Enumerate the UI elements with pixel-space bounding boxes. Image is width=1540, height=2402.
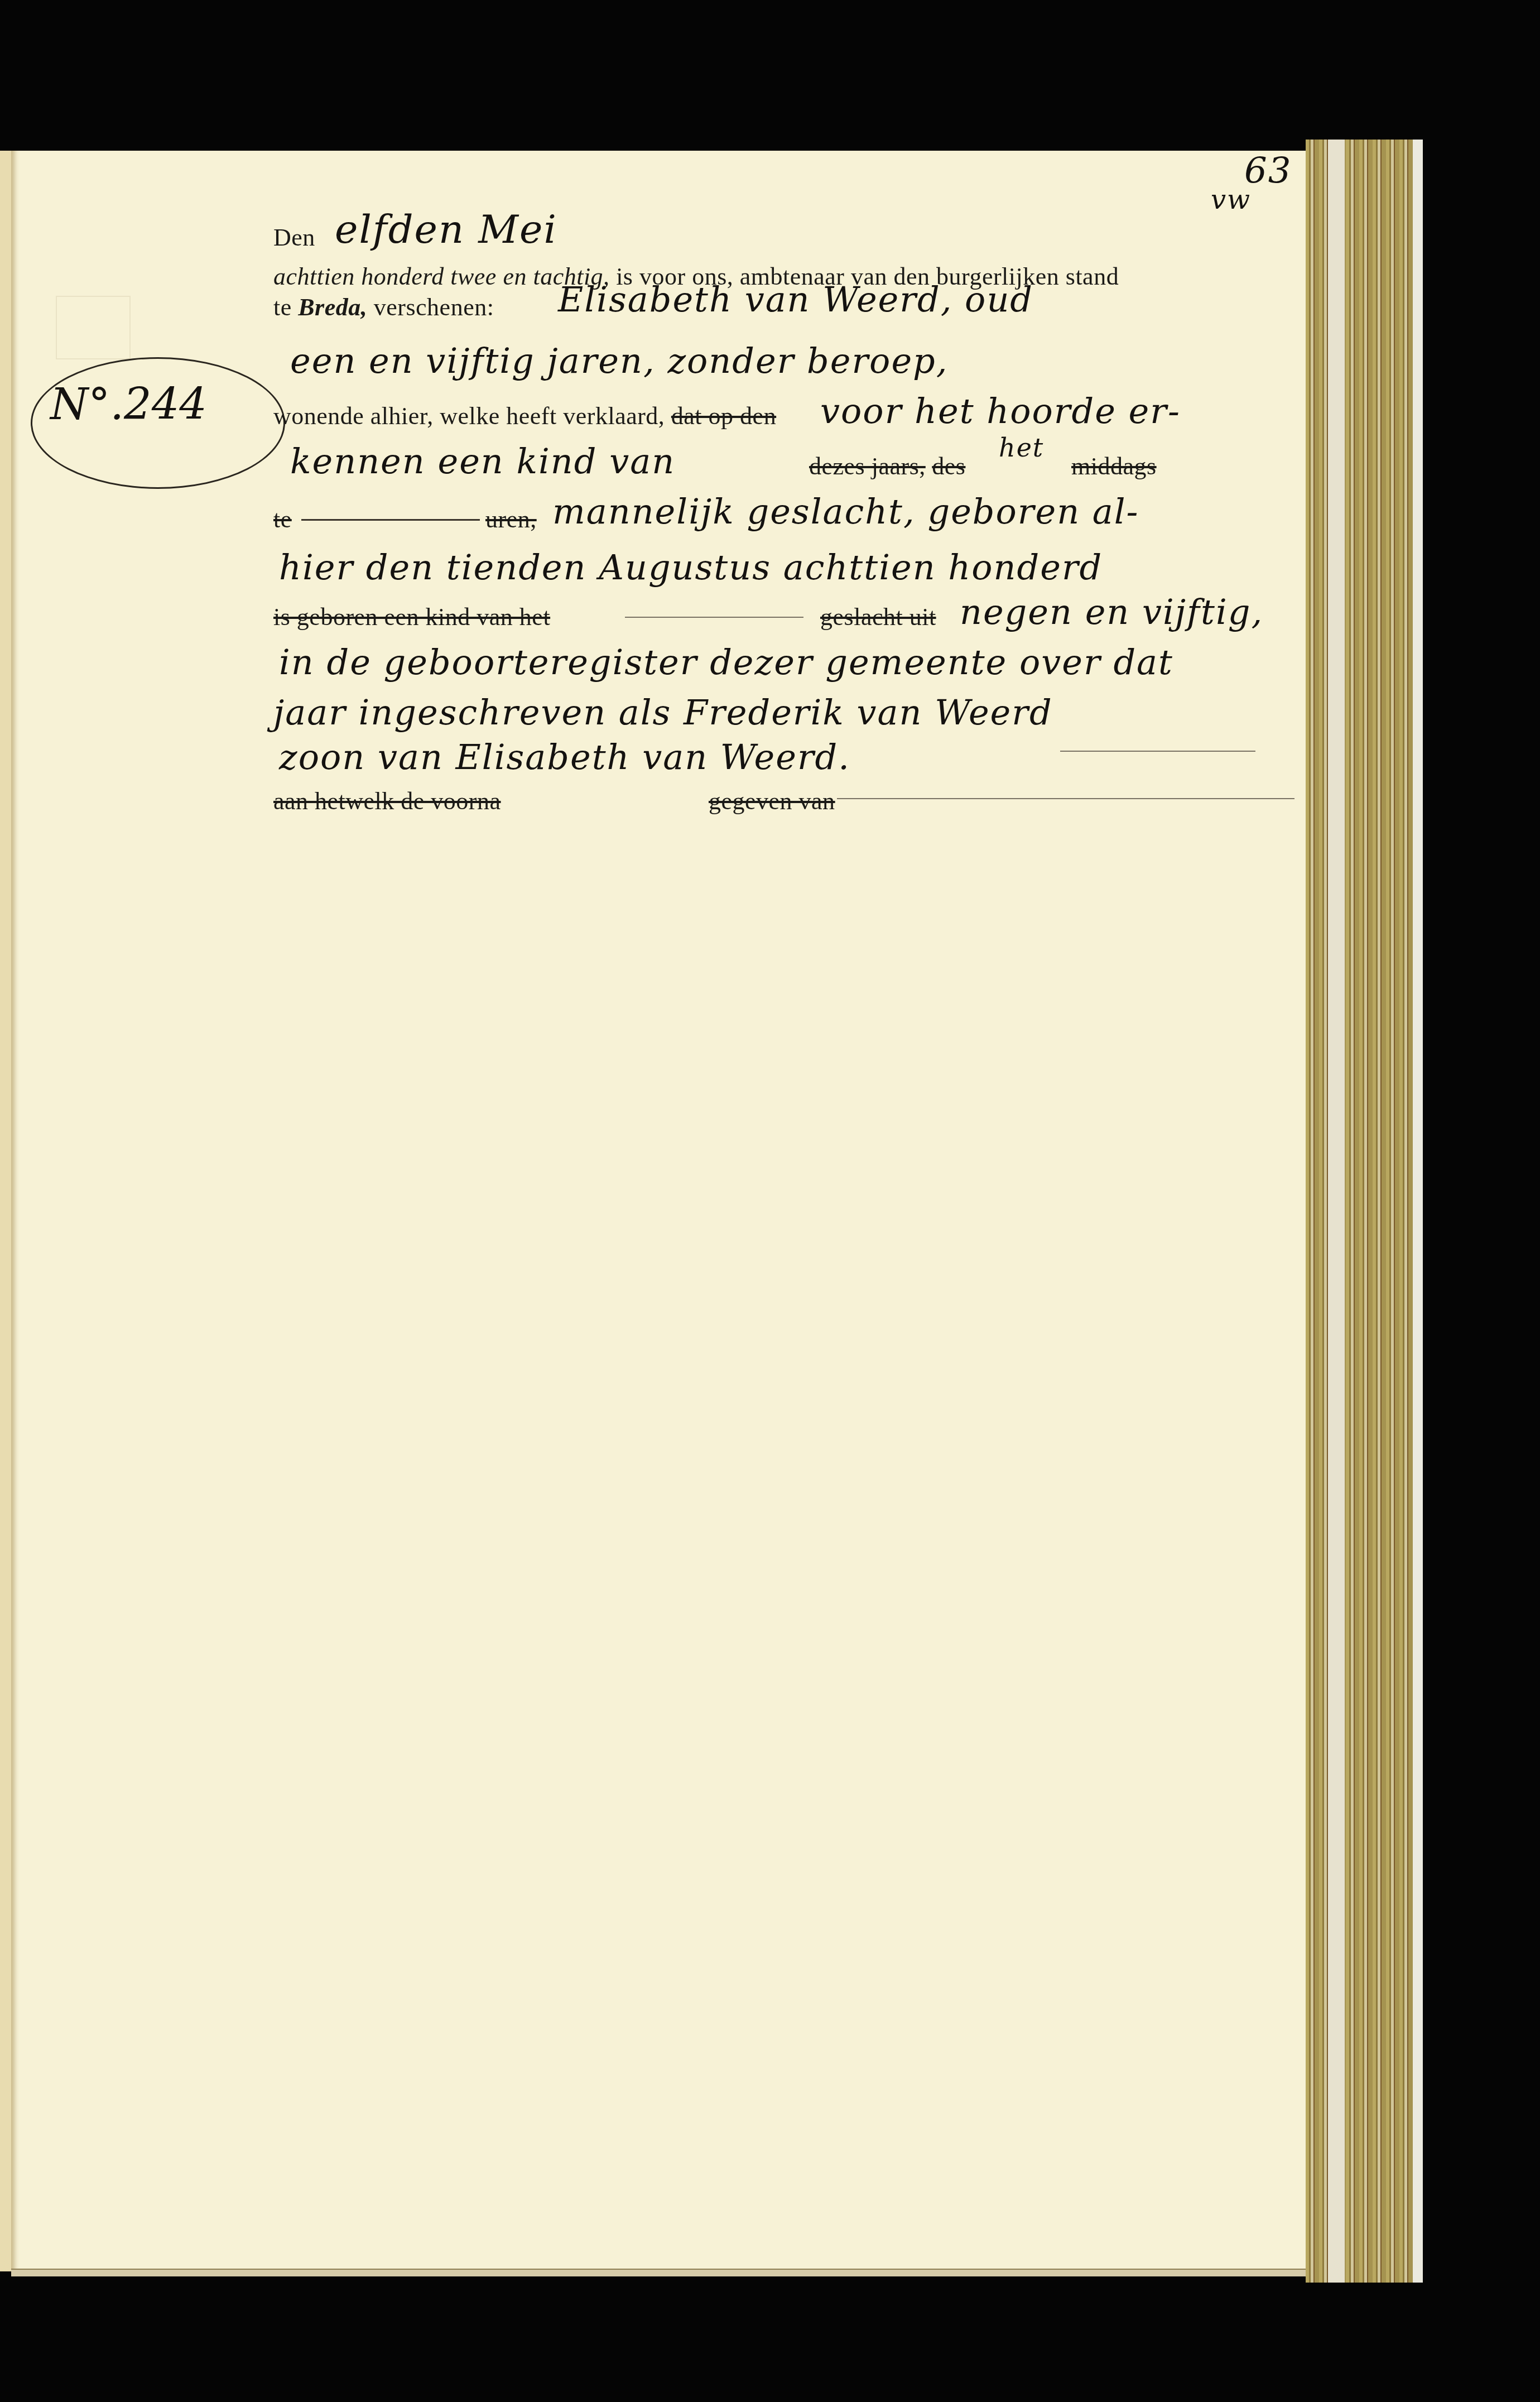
page-bottom-edge <box>11 2269 1306 2276</box>
fill-line <box>837 798 1294 799</box>
printed-wonende: wonende alhier, welke heeft verklaard, <box>273 402 665 430</box>
struck-dat-op-den: dat op den <box>671 402 776 430</box>
page-mark: vw <box>1211 184 1251 215</box>
fill-line <box>1060 751 1255 752</box>
line-zoon: zoon van Elisabeth van Weerd. <box>279 737 850 777</box>
struck-des: des <box>932 453 965 480</box>
struck-fill-line <box>301 519 480 521</box>
struck-geslacht-uit: geslacht uit <box>820 603 936 631</box>
book-fore-edge <box>1306 140 1423 2283</box>
struck-sex-line <box>625 617 803 618</box>
struck-dezes-jaars: dezes jaars, <box>809 453 926 480</box>
line-hier: hier den tienden Augustus achttien honde… <box>279 547 1103 588</box>
line-het: het <box>999 433 1044 463</box>
line-jaar: jaar ingeschreven als Frederik van Weerd <box>273 692 1053 733</box>
line-manlijk: mannelijk geslacht, geboren al- <box>552 491 1139 532</box>
line-register: in de geboorteregister dezer gemeente ov… <box>279 642 1173 683</box>
printed-den: Den <box>273 223 315 252</box>
declarant-line-2: een en vijftig jaren, zonder beroep, <box>290 340 948 381</box>
declarant: Elisabeth van Weerd, oud <box>558 279 1033 320</box>
page-number: 63 <box>1244 151 1292 192</box>
struck-aan-hetwelk: aan hetwelk de voorna <box>273 787 501 815</box>
struck-uren: uren, <box>485 505 537 534</box>
line-wonende: voor het hoorde er- <box>820 391 1181 431</box>
embossed-stamp <box>56 296 131 359</box>
act-number: N°.244 <box>50 379 207 430</box>
struck-is-geboren: is geboren een kind van het <box>273 603 550 631</box>
struck-middags: middags <box>1071 452 1157 481</box>
printed-te: te <box>273 294 292 321</box>
printed-verschenen: verschenen: <box>374 294 494 321</box>
struck-gegeven-van: gegeven van <box>709 787 835 815</box>
line-negen: negen en vijftig, <box>960 592 1263 632</box>
line-kennen: kennen een kind van <box>290 441 675 482</box>
struck-te: te <box>273 505 292 534</box>
day-month: elfden Mei <box>335 206 557 252</box>
printed-place: Breda, <box>298 294 367 321</box>
